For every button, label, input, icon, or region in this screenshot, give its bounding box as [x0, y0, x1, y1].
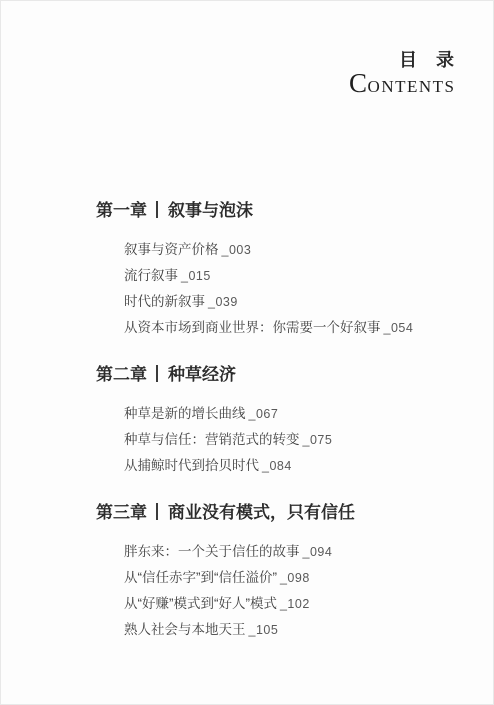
toc-item-label: 胖东来：一个关于信任的故事 — [124, 544, 300, 559]
toc-item-label: 从“信任赤字”到“信任溢价” — [124, 570, 277, 585]
toc-item-label: 种草是新的增长曲线 — [124, 406, 246, 421]
chapter-divider-bar — [156, 201, 158, 218]
toc-item-label: 叙事与资产价格 — [124, 242, 219, 257]
toc-item-page: _075 — [303, 433, 333, 447]
chapter-heading: 第一章叙事与泡沫 — [96, 200, 463, 222]
contents-rest: ONTENTS — [368, 77, 456, 96]
toc-item-page: _102 — [280, 597, 310, 611]
toc-item-label: 从“好赚”模式到“好人”模式 — [124, 596, 277, 611]
toc-item: 时代的新叙事_039 — [124, 289, 463, 315]
toc-item: 从资本市场到商业世界：你需要一个好叙事_054 — [124, 315, 463, 341]
toc-item-page: _039 — [208, 295, 238, 309]
toc-item-label: 从捕鲸时代到拾贝时代 — [124, 458, 259, 473]
toc-item: 熟人社会与本地天王_105 — [124, 617, 463, 643]
chapter-divider-bar — [156, 503, 158, 520]
page-title-english: CONTENTS — [1, 70, 456, 100]
chapter-number: 第二章 — [96, 365, 147, 384]
chapter-section-2: 第二章种草经济 种草是新的增长曲线_067 种草与信任：营销范式的转变_075 … — [96, 364, 463, 479]
chapter-title-text: 种草经济 — [168, 365, 236, 384]
toc-item-page: _105 — [249, 623, 279, 637]
chapter-number: 第一章 — [96, 201, 147, 220]
toc-item: 从“好赚”模式到“好人”模式_102 — [124, 591, 463, 617]
chapter-heading: 第三章商业没有模式，只有信任 — [96, 502, 463, 524]
chapter-section-3: 第三章商业没有模式，只有信任 胖东来：一个关于信任的故事_094 从“信任赤字”… — [96, 502, 463, 643]
page-header: 目 录 CONTENTS — [1, 50, 454, 100]
toc-item-page: _054 — [384, 321, 414, 335]
chapter-divider-bar — [156, 365, 158, 382]
contents-drop-cap: C — [349, 68, 368, 98]
toc-item-page: _094 — [303, 545, 333, 559]
toc-item-page: _098 — [280, 571, 310, 585]
toc-item: 从捕鲸时代到拾贝时代_084 — [124, 453, 463, 479]
table-of-contents: 第一章叙事与泡沫 叙事与资产价格_003 流行叙事_015 时代的新叙事_039… — [1, 200, 493, 643]
chapter-title-text: 叙事与泡沫 — [168, 201, 253, 220]
toc-item: 种草与信任：营销范式的转变_075 — [124, 427, 463, 453]
toc-item-label: 种草与信任：营销范式的转变 — [124, 432, 300, 447]
toc-item-page: _015 — [181, 269, 211, 283]
toc-item: 流行叙事_015 — [124, 263, 463, 289]
toc-item: 种草是新的增长曲线_067 — [124, 401, 463, 427]
toc-item-label: 时代的新叙事 — [124, 294, 205, 309]
toc-item-label: 熟人社会与本地天王 — [124, 622, 246, 637]
toc-page: 目 录 CONTENTS 第一章叙事与泡沫 叙事与资产价格_003 流行叙事_0… — [0, 0, 494, 705]
toc-item-page: _084 — [262, 459, 292, 473]
toc-item-page: _003 — [222, 243, 252, 257]
chapter-number: 第三章 — [96, 503, 147, 522]
toc-item: 从“信任赤字”到“信任溢价”_098 — [124, 565, 463, 591]
toc-item: 叙事与资产价格_003 — [124, 237, 463, 263]
chapter-title-text: 商业没有模式，只有信任 — [168, 503, 355, 522]
chapter-heading: 第二章种草经济 — [96, 364, 463, 386]
page-title-chinese: 目 录 — [1, 50, 461, 70]
chapter-section-1: 第一章叙事与泡沫 叙事与资产价格_003 流行叙事_015 时代的新叙事_039… — [96, 200, 463, 341]
toc-item-page: _067 — [249, 407, 279, 421]
toc-item-label: 从资本市场到商业世界：你需要一个好叙事 — [124, 320, 381, 335]
toc-item: 胖东来：一个关于信任的故事_094 — [124, 539, 463, 565]
toc-item-label: 流行叙事 — [124, 268, 178, 283]
